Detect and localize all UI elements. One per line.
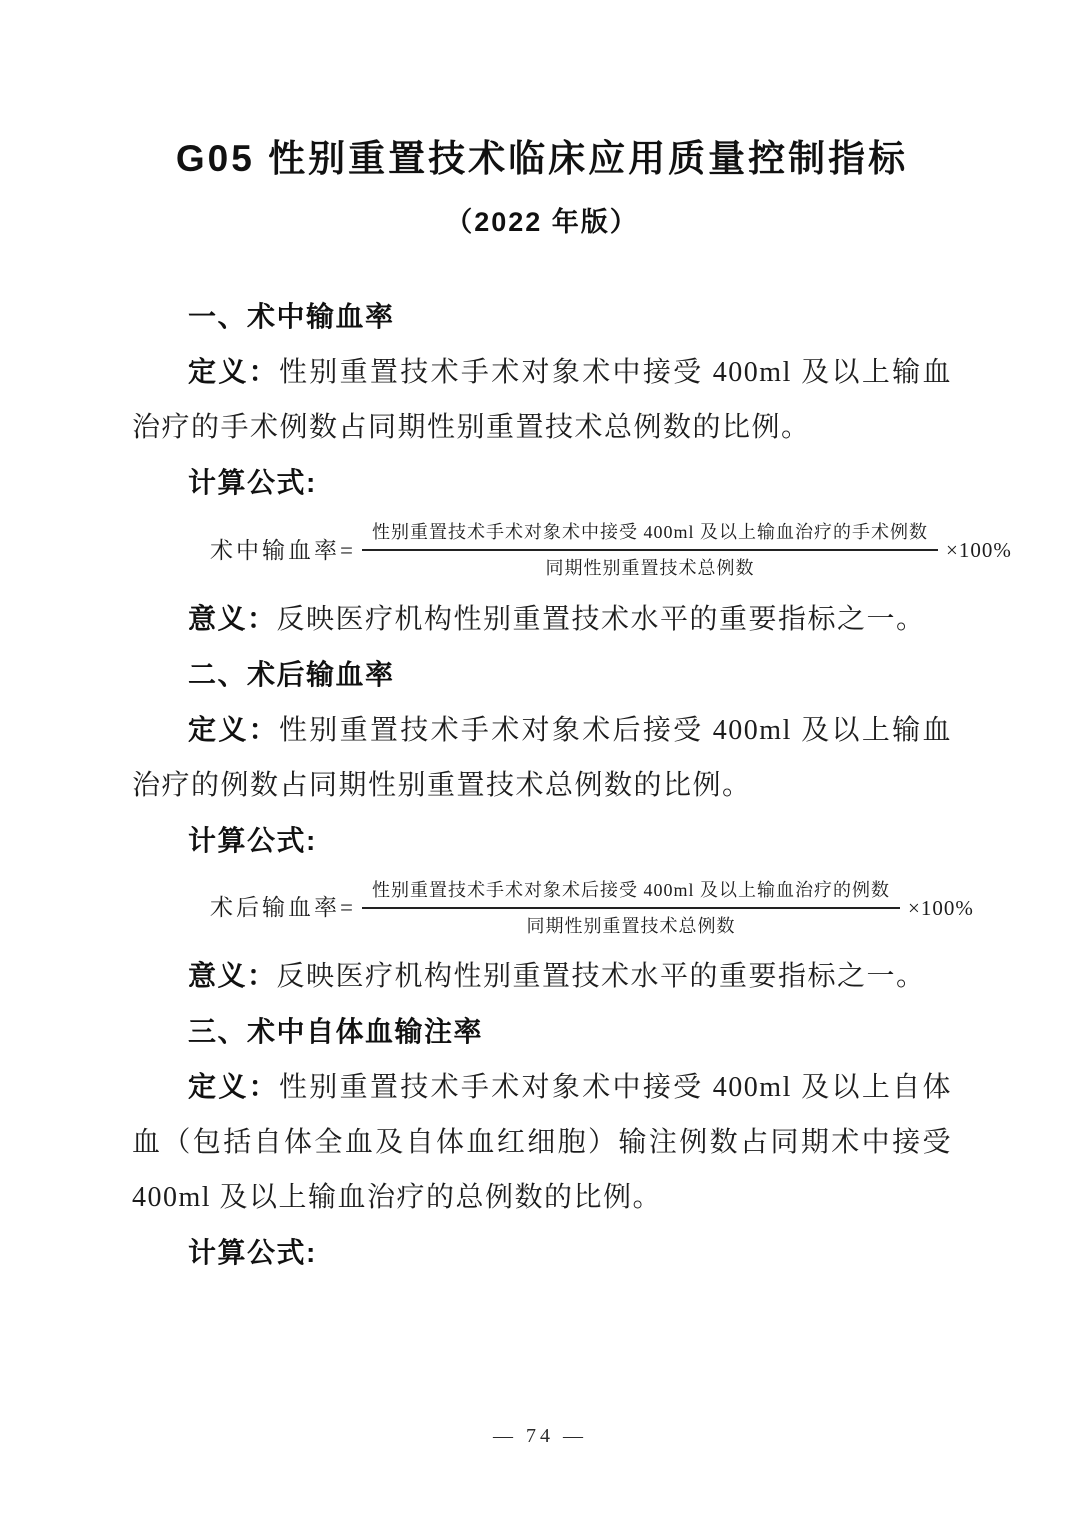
definition-label: 定义： [188,1071,279,1102]
document-body: 一、术中输血率 定义：性别重置技术手术对象术中接受 400ml 及以上输血治疗的… [132,289,952,1280]
page-subtitle: （2022 年版） [132,200,952,239]
section-3-formula-label: 计算公式: [132,1225,952,1280]
formula-denominator: 同期性别重置技术总例数 [362,549,938,580]
formula-denominator: 同期性别重置技术总例数 [362,907,900,938]
page-title: G05 性别重置技术临床应用质量控制指标 [132,128,952,182]
significance-text: 反映医疗机构性别重置技术水平的重要指标之一。 [277,604,926,635]
section-1-heading: 一、术中输血率 [132,289,952,344]
definition-label: 定义： [188,714,279,745]
page-number: — 74 — [0,1425,1080,1448]
section-2-significance: 意义：反映医疗机构性别重置技术水平的重要指标之一。 [132,948,952,1004]
section-2-formula-label: 计算公式: [132,813,952,868]
section-2-definition: 定义：性别重置技术手术对象术后接受 400ml 及以上输血治疗的例数占同期性别重… [132,702,952,813]
section-2-formula: 术后输血率= 性别重置技术手术对象术后接受 400ml 及以上输血治疗的例数 同… [210,878,952,939]
formula-multiplier: ×100% [946,536,1012,564]
formula-lhs: 术后输血率= [210,892,356,923]
significance-label: 意义： [188,603,277,634]
section-3-heading: 三、术中自体血输注率 [132,1004,952,1059]
formula-fraction: 性别重置技术手术对象术后接受 400ml 及以上输血治疗的例数 同期性别重置技术… [362,878,900,939]
significance-text: 反映医疗机构性别重置技术水平的重要指标之一。 [277,961,926,992]
formula-numerator: 性别重置技术手术对象术后接受 400ml 及以上输血治疗的例数 [362,878,900,907]
formula-numerator: 性别重置技术手术对象术中接受 400ml 及以上输血治疗的手术例数 [362,520,938,549]
section-2-heading: 二、术后输血率 [132,647,952,702]
formula-lhs: 术中输血率= [210,535,356,566]
document-page: G05 性别重置技术临床应用质量控制指标 （2022 年版） 一、术中输血率 定… [0,0,1080,1526]
section-1-significance: 意义：反映医疗机构性别重置技术水平的重要指标之一。 [132,591,952,647]
significance-label: 意义： [188,960,277,991]
definition-label: 定义： [188,356,279,387]
section-1-formula-label: 计算公式: [132,455,952,510]
section-1-definition: 定义：性别重置技术手术对象术中接受 400ml 及以上输血治疗的手术例数占同期性… [132,344,952,455]
section-1-formula: 术中输血率= 性别重置技术手术对象术中接受 400ml 及以上输血治疗的手术例数… [210,520,952,581]
formula-fraction: 性别重置技术手术对象术中接受 400ml 及以上输血治疗的手术例数 同期性别重置… [362,520,938,581]
section-3-definition: 定义：性别重置技术手术对象术中接受 400ml 及以上自体血（包括自体全血及自体… [132,1059,952,1225]
formula-multiplier: ×100% [908,894,974,922]
